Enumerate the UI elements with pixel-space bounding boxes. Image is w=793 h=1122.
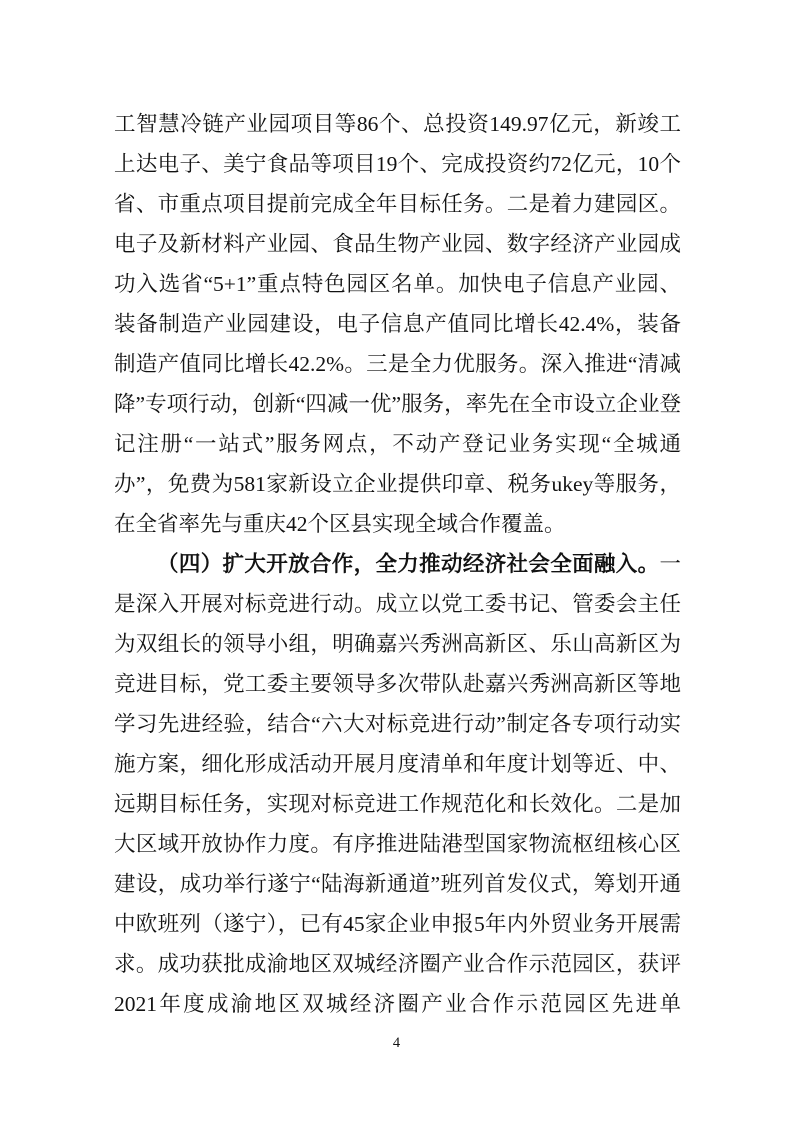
page-number: 4 (0, 1035, 793, 1052)
body-text-run: 一是深入开展对标竞进行动。成立以党工委书记、管委会主任为双组长的领导小组，明确嘉… (114, 552, 681, 1016)
paragraph-continuation: 工智慧冷链产业园项目等86个、总投资149.97亿元，新竣工上达电子、美宁食品等… (114, 104, 681, 544)
section-heading: （四）扩大开放合作，全力推动经济社会全面融入。 (157, 552, 659, 576)
body-text-run: 工智慧冷链产业园项目等86个、总投资149.97亿元，新竣工上达电子、美宁食品等… (114, 112, 681, 536)
document-page: 工智慧冷链产业园项目等86个、总投资149.97亿元，新竣工上达电子、美宁食品等… (0, 0, 793, 1122)
page-body-text: 工智慧冷链产业园项目等86个、总投资149.97亿元，新竣工上达电子、美宁食品等… (114, 104, 681, 1024)
paragraph-section-four: （四）扩大开放合作，全力推动经济社会全面融入。一是深入开展对标竞进行动。成立以党… (114, 544, 681, 1024)
